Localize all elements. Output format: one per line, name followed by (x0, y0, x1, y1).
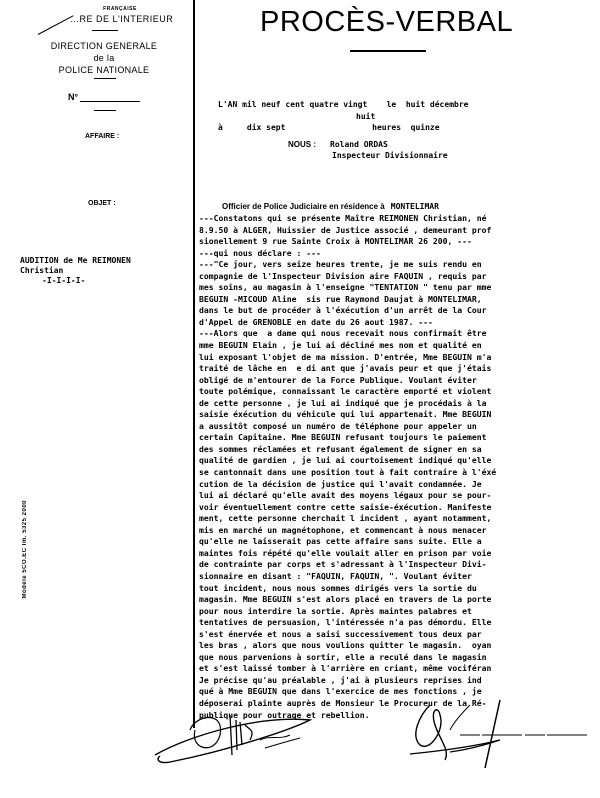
statement-line: mis en marché un magnétophone, et commen… (199, 525, 597, 537)
statement-line: et s'est laissé tomber à l'arrière en cr… (199, 663, 597, 675)
statement-line: 8.9.50 à ALGER, Huissier de Justice asso… (199, 225, 597, 237)
statement-line: tout incident, nous nous sommes dirigés … (199, 583, 597, 595)
statement-line: de contrainte par corps et s'adressant à… (199, 559, 597, 571)
statement-body: ---Constatons qui se présente Maître REI… (199, 213, 597, 721)
statement-line: pour nous interdire la sortie. Après mai… (199, 606, 597, 618)
statement-line: lui ai déclaré qu'elle avait des moyens … (199, 490, 597, 502)
officer-rank: Inspecteur Divisionnaire (332, 151, 448, 160)
officer-name: Roland ORDAS (330, 140, 388, 149)
direction-line-1: DIRECTION GENERALE (44, 40, 164, 52)
proces-verbal-page: FRANÇAISE …RE DE L'INTERIEUR DIRECTION G… (0, 0, 600, 798)
statement-line: ment, cette personne cherchait l inciden… (199, 513, 597, 525)
statement-line: voir éventuellement contre cette saisie-… (199, 502, 597, 514)
statement-line: dans le but de procéder à l'éxécution d'… (199, 305, 597, 317)
officer-residence-city: MONTELIMAR (391, 202, 439, 211)
margin-rule (193, 0, 195, 728)
statement-line: cution de la décision de justice qui l'a… (199, 479, 597, 491)
ministry-label: …RE DE L'INTERIEUR (70, 14, 173, 24)
statement-line: qualité de gardien , je lui ai courtoise… (199, 455, 597, 467)
stroke-mark (38, 15, 74, 35)
divider (94, 78, 116, 79)
nous-label: NOUS : (288, 140, 316, 149)
time-line: à dix sept heures quinze (218, 123, 440, 132)
statement-line: de cette personne , je lui ai indiqué qu… (199, 398, 597, 410)
statement-line: ---qui nous déclare : --- (199, 248, 597, 260)
signature-left (150, 700, 320, 775)
form-model-stamp: Modèle 5CO.EC Im. 5325 2000 (22, 500, 28, 599)
statement-line: traité de lâche en e di ant que j'avais … (199, 363, 597, 375)
direction-label: DIRECTION GENERALE de la POLICE NATIONAL… (44, 40, 164, 76)
statement-line: toute polémique, connaissant le caractèr… (199, 386, 597, 398)
statement-line: saisie éxécution du véhicule qui lui app… (199, 409, 597, 421)
objet-label: OBJET : (88, 200, 116, 207)
officer-residence-label: Officier de Police Judiciaire en résiden… (222, 202, 385, 211)
statement-line: qu'elle ne laisserait pas cette affaire … (199, 536, 597, 548)
statement-line: maintes fois répété qu'elle voulait alle… (199, 548, 597, 560)
statement-line: ---Alors que a dame qui nous recevait no… (199, 328, 597, 340)
republic-label: FRANÇAISE (60, 6, 180, 12)
signature-right (390, 690, 600, 770)
statement-line: certain Capitaine. Mme BEGUIN refusant t… (199, 432, 597, 444)
statement-line: magasin. Mme BEGUIN s'est alors placé en… (199, 594, 597, 606)
statement-line: compagnie de l'Inspecteur Division aire … (199, 271, 597, 283)
statement-line: BEGUIN -MICOUD Aline sis rue Raymond Dau… (199, 294, 597, 306)
divider (94, 110, 116, 111)
date-line: L'AN mil neuf cent quatre vingt le huit … (218, 100, 468, 109)
audition-subject: AUDITION de Me REIMONENChristian-I-I-I-I… (20, 256, 131, 286)
numero-label: N° (68, 92, 78, 102)
numero-field-line (80, 101, 140, 102)
divider (92, 30, 118, 31)
statement-line: lui exposant l'objet de ma mission. D'en… (199, 352, 597, 364)
statement-line: ---Constatons qui se présente Maître REI… (199, 213, 597, 225)
statement-line: sionnaire en disant : "FAQUIN, FAQUIN, "… (199, 571, 597, 583)
statement-line: que nous parvenions à sortir, elle a rec… (199, 652, 597, 664)
statement-line: obligé de m'entourer de la Force Publiqu… (199, 375, 597, 387)
statement-line: des sommes réclamées et refusant égaleme… (199, 444, 597, 456)
statement-line: s'est énervée et nous a saisi successive… (199, 629, 597, 641)
date-year-suffix: huit (356, 112, 375, 121)
audition-line-1: AUDITION de Me REIMONEN (20, 256, 131, 266)
title-underline (350, 50, 426, 52)
direction-line-2: de la (44, 52, 164, 64)
statement-line: Je précise qu'au préalable , j'ai à plus… (199, 675, 597, 687)
statement-line: ---"Ce jour, vers seize heures trente, j… (199, 259, 597, 271)
statement-line: se cantonnait dans une position tout à f… (199, 467, 597, 479)
officer-residence: Officier de Police Judiciaire en résiden… (222, 202, 439, 211)
left-margin: FRANÇAISE …RE DE L'INTERIEUR DIRECTION G… (0, 0, 192, 798)
statement-line: les bras , alors que nous voulions quitt… (199, 640, 597, 652)
statement-line: d'Appel de GRENOBLE en date du 26 aout 1… (199, 317, 597, 329)
statement-line: a aussitôt composé un numéro de téléphon… (199, 421, 597, 433)
statement-line: mes soins, au magasin à l'enseigne "TENT… (199, 282, 597, 294)
affaire-label: AFFAIRE : (85, 133, 119, 140)
document-title: PROCÈS-VERBAL (260, 6, 513, 39)
direction-line-3: POLICE NATIONALE (44, 64, 164, 76)
statement-line: mme BEGUIN Elain , je lui ai décliné mes… (199, 340, 597, 352)
statement-line: sionellement 9 rue Sainte Croix à MONTEL… (199, 236, 597, 248)
audition-line-2: Christian (20, 266, 131, 276)
audition-line-3: -I-I-I-I- (20, 276, 131, 286)
statement-line: tentatives de persuasion, l'intéressée n… (199, 617, 597, 629)
